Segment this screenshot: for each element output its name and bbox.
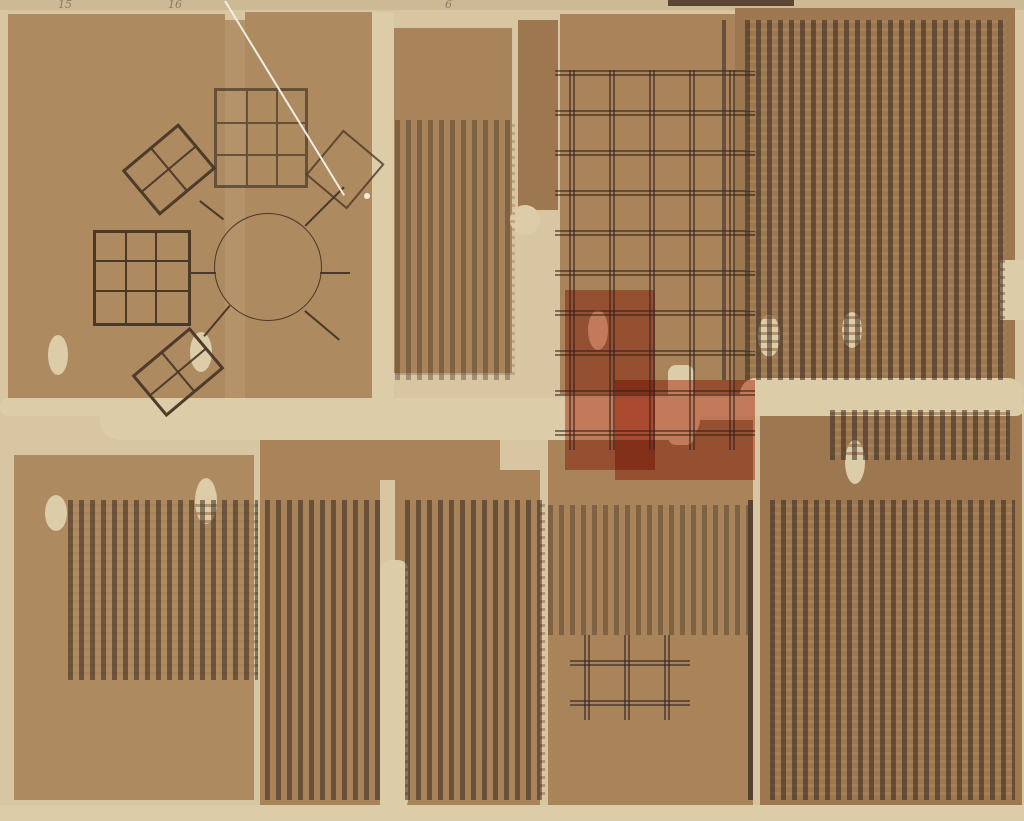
mount-dark-strip — [668, 0, 794, 6]
manuscript-photo: Ancient Chinese silk manuscript fragment… — [0, 0, 1024, 821]
cross-pattern-grid — [570, 635, 690, 720]
silk-fragment — [518, 20, 558, 210]
text-columns — [265, 500, 380, 800]
tear — [372, 12, 394, 412]
vertical-ruling — [722, 20, 726, 380]
silk-fragment — [225, 20, 245, 400]
text-columns — [548, 505, 748, 635]
text-columns — [770, 500, 1015, 800]
annotation-pointer-tip — [364, 193, 370, 199]
diagram-line — [188, 272, 216, 274]
text-columns — [405, 500, 545, 800]
hole — [45, 495, 67, 531]
hole — [48, 335, 68, 375]
pencil-label-16: 16 — [168, 0, 182, 11]
text-columns — [830, 410, 1010, 460]
central-circle-diagram — [214, 213, 322, 321]
pencil-label-6: 6 — [445, 0, 452, 11]
pencil-label-15: 15 — [58, 0, 72, 11]
silk-fragment — [245, 12, 373, 412]
text-columns — [68, 500, 258, 680]
text-columns — [745, 20, 1005, 380]
text-columns — [395, 120, 515, 380]
tear — [740, 378, 1024, 410]
square-grid-diagram — [93, 230, 191, 326]
square-grid-diagram — [214, 88, 308, 188]
mount-bottom-edge — [0, 805, 1024, 821]
diagram-line — [320, 272, 350, 274]
tear — [380, 560, 408, 810]
vertical-ruling — [748, 500, 753, 800]
